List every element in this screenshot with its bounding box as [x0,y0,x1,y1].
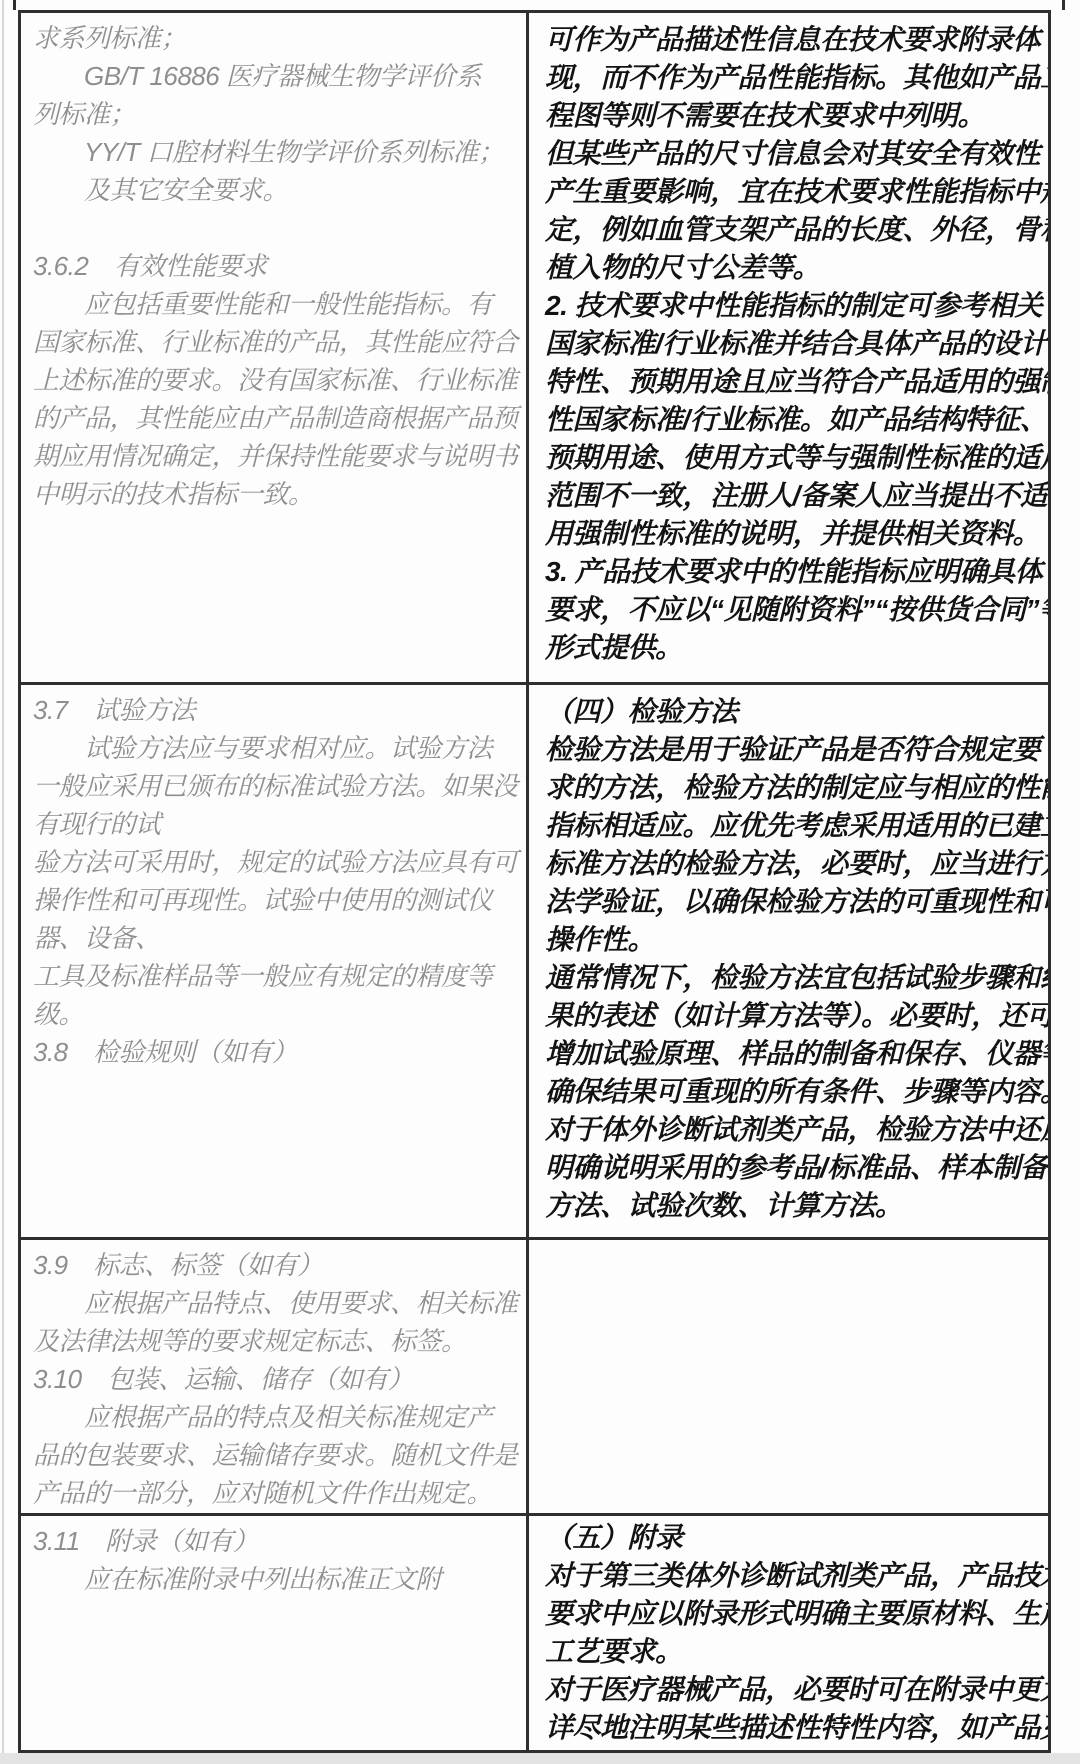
table-cell-row2-guidance-text: （四）检验方法 检验方法是用于验证产品是否符合规定要 求的方法，检验方法的制定应… [529,685,1048,1237]
scanned-document-page: 求系列标准； GB/T 16886 医疗器械生物学评价系 列标准； YY/T 口… [0,0,1080,1764]
table-cell-row4-standard-text: 3.11 附录（如有） 应在标准附录中列出标准正文附 [21,1516,526,1750]
table-cell-row4-guidance-text: （五）附录 对于第三类体外诊断试剂类产品，产品技术 要求中应以附录形式明确主要原… [529,1516,1048,1750]
scan-edge-line [2,0,4,1764]
requirements-comparison-table: 求系列标准； GB/T 16886 医疗器械生物学评价系 列标准； YY/T 口… [18,10,1051,1753]
table-cell-row3-guidance-empty [529,1240,1048,1513]
table-border-stub-right [1062,0,1065,10]
table-cell-row1-standard-text: 求系列标准； GB/T 16886 医疗器械生物学评价系 列标准； YY/T 口… [21,13,526,682]
table-cell-row1-guidance-text: 可作为产品描述性信息在技术要求附录体 现，而不作为产品性能指标。其他如产品工 程… [529,13,1048,682]
table-border-stub-left [13,0,16,10]
table-cell-row3-standard-text: 3.9 标志、标签（如有） 应根据产品特点、使用要求、相关标准 及法律法规等的要… [21,1240,526,1513]
scan-bottom-strip [0,1753,1080,1764]
table-cell-row2-standard-text: 3.7 试验方法 试验方法应与要求相对应。试验方法 一般应采用已颁布的标准试验方… [21,685,526,1237]
